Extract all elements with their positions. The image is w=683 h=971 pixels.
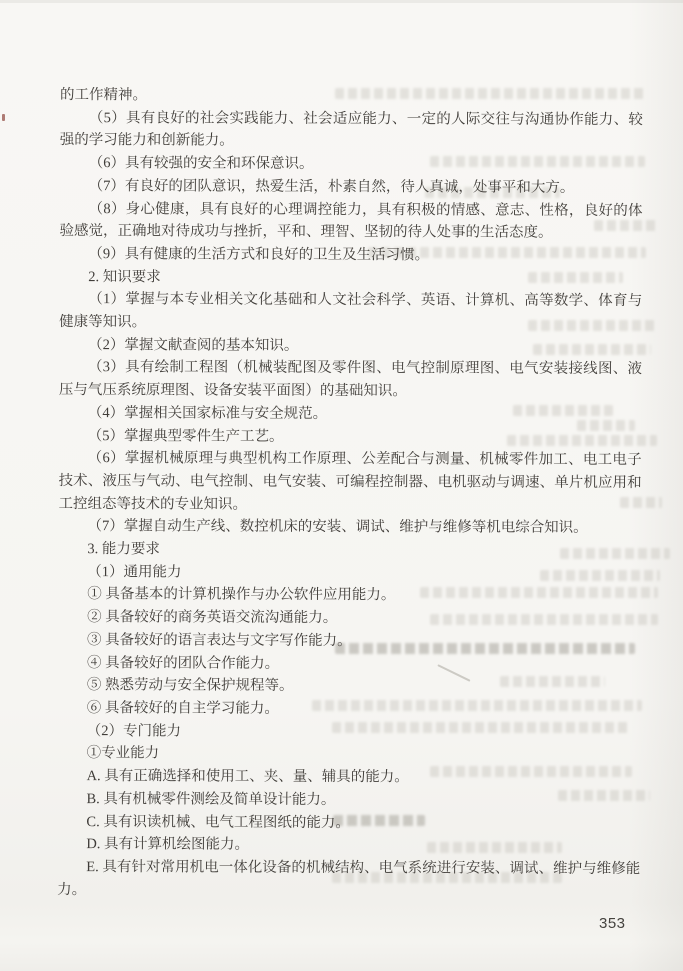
item-knowledge-2: （2）掌握文献查阅的基本知识。 [59, 334, 642, 359]
page-number: 353 [599, 915, 626, 932]
item-knowledge-4: （4）掌握相关国家标准与安全规范。 [59, 402, 642, 427]
item-quality-5: （5）具有良好的社会实践能力、社会适应能力、一定的人际交往与沟通协作能力、较强的… [60, 107, 643, 154]
item-knowledge-1: （1）掌握与本专业相关文化基础和人文社会科学、英语、计算机、高等数学、体育与健康… [59, 288, 642, 335]
item-knowledge-7: （7）掌握自动生产线、数控机床的安装、调试、维护与维修等机电综合知识。 [58, 515, 641, 540]
scanned-book-page: 的工作精神。 （5）具有良好的社会实践能力、社会适应能力、一定的人际交往与沟通协… [0, 0, 683, 971]
item-quality-7: （7）有良好的团队意识，热爱生活，朴素自然，待人真诚，处事平和大方。 [60, 175, 643, 200]
item-professional-d: D. 具有计算机绘图能力。 [57, 833, 640, 858]
item-professional-a: A. 具有正确选择和使用工、夹、量、辅具的能力。 [58, 765, 641, 790]
item-general-3: ③ 具备较好的语言表达与文字写作能力。 [58, 629, 641, 654]
subheading-special-ability: （2）专门能力 [58, 720, 641, 745]
item-quality-8: （8）身心健康，具有良好的心理调控能力，具有积极的情感、意志、性格，良好的体验感… [59, 198, 642, 245]
item-knowledge-5: （5）掌握典型零件生产工艺。 [59, 425, 642, 450]
item-general-6: ⑥ 具备较好的自主学习能力。 [58, 697, 641, 722]
heading-ability-requirements: 3. 能力要求 [58, 538, 641, 563]
item-general-4: ④ 具备较好的团队合作能力。 [58, 652, 641, 677]
item-general-1: ① 具备基本的计算机操作与办公软件应用能力。 [58, 583, 641, 608]
subheading-general-ability: （1）通用能力 [58, 561, 641, 586]
para-continuation: 的工作精神。 [60, 84, 643, 109]
item-knowledge-6: （6）掌握机械原理与典型机构工作原理、公差配合与测量、机械零件加工、电工电子技术… [58, 447, 641, 517]
item-general-5: ⑤ 熟悉劳动与安全保护规程等。 [58, 674, 641, 699]
heading-knowledge-requirements: 2. 知识要求 [59, 266, 642, 291]
item-professional-b: B. 具有机械零件测绘及简单设计能力。 [57, 788, 640, 813]
item-professional-e: E. 具有针对常用机电一体化设备的机械结构、电气系统进行安装、调试、维护与维修能… [57, 856, 640, 903]
item-quality-6: （6）具有较强的安全和环保意识。 [60, 152, 643, 177]
body-text: 的工作精神。 （5）具有良好的社会实践能力、社会适应能力、一定的人际交往与沟通协… [57, 84, 643, 903]
scan-edge-mark [2, 114, 5, 121]
item-quality-9: （9）具有健康的生活方式和良好的卫生及生活习惯。 [59, 243, 642, 268]
subheading-professional-ability: ①专业能力 [58, 742, 641, 767]
item-professional-c: C. 具有识读机械、电气工程图纸的能力。 [57, 810, 640, 835]
item-knowledge-3: （3）具有绘制工程图（机械装配图及零件图、电气控制原理图、电气安装接线图、液压与… [59, 356, 642, 403]
item-general-2: ② 具备较好的商务英语交流沟通能力。 [58, 606, 641, 631]
